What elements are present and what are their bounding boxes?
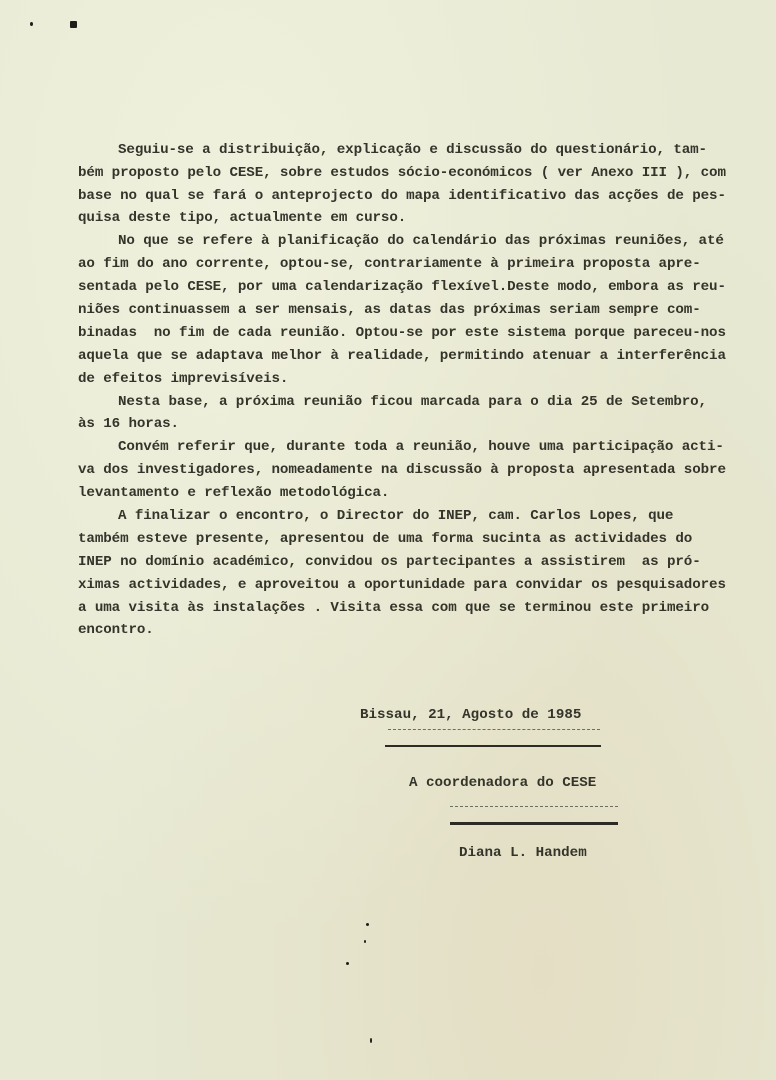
- place-date: Bissau, 21, Agosto de 1985: [360, 707, 581, 723]
- text-line: A finalizar o encontro, o Director do IN…: [118, 507, 673, 525]
- text-line: ximas actividades, e aproveitou a oportu…: [78, 576, 726, 594]
- dotted-rule: [450, 806, 618, 807]
- text-line: às 16 horas.: [78, 415, 179, 433]
- text-line: quisa deste tipo, actualmente em curso.: [78, 209, 406, 227]
- text-line: INEP no domínio académico, convidou os p…: [78, 553, 701, 571]
- scan-speck: [346, 962, 349, 965]
- signature-line: [450, 822, 618, 825]
- signature-line: [385, 745, 601, 747]
- text-line: a uma visita às instalações . Visita ess…: [78, 599, 709, 617]
- text-line: niões continuassem a ser mensais, as dat…: [78, 301, 701, 319]
- text-line: Convém referir que, durante toda a reuni…: [118, 438, 724, 456]
- signatory-role: A coordenadora do CESE: [409, 775, 596, 791]
- text-line: encontro.: [78, 621, 154, 639]
- text-line: base no qual se fará o anteprojecto do m…: [78, 187, 726, 205]
- text-line: bém proposto pelo CESE, sobre estudos só…: [78, 164, 726, 182]
- text-line: levantamento e reflexão metodológica.: [78, 484, 389, 502]
- signatory-name: Diana L. Handem: [459, 845, 587, 861]
- scan-speck: [70, 21, 77, 28]
- text-line: Seguiu-se a distribuição, explicação e d…: [118, 141, 707, 159]
- text-line: sentada pelo CESE, por uma calendarizaçã…: [78, 278, 726, 296]
- text-line: Nesta base, a próxima reunião ficou marc…: [118, 393, 707, 411]
- text-line: também esteve presente, apresentou de um…: [78, 530, 692, 548]
- dotted-rule: [388, 729, 600, 730]
- scan-speck: [366, 923, 369, 926]
- text-line: aquela que se adaptava melhor à realidad…: [78, 347, 726, 365]
- scan-speck: [364, 940, 366, 943]
- scan-speck: [30, 22, 33, 26]
- text-line: de efeitos imprevisíveis.: [78, 370, 288, 388]
- scan-speck: [370, 1038, 372, 1043]
- text-line: va dos investigadores, nomeadamente na d…: [78, 461, 726, 479]
- text-line: binadas no fim de cada reunião. Optou-se…: [78, 324, 726, 342]
- text-line: No que se refere à planificação do calen…: [118, 232, 724, 250]
- text-line: ao fim do ano corrente, optou-se, contra…: [78, 255, 701, 273]
